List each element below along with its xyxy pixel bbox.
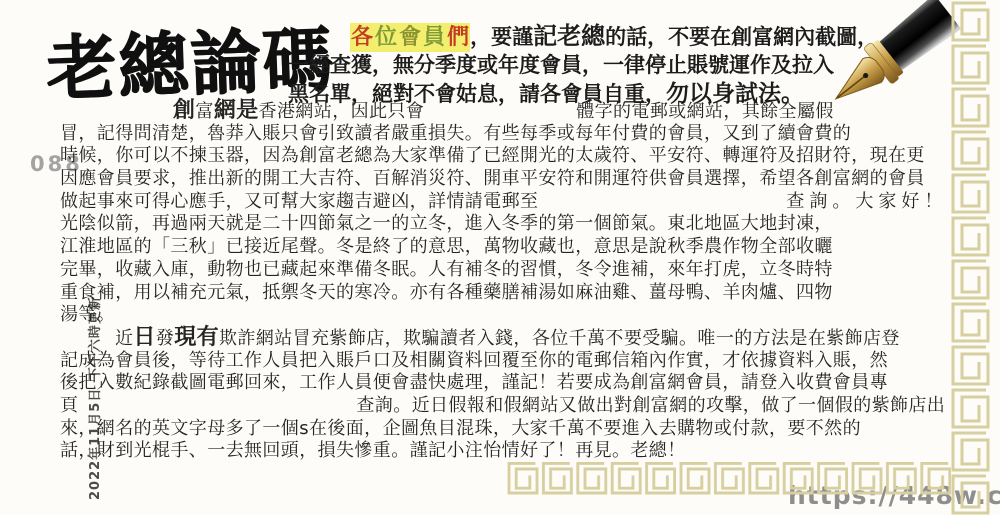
- emphasis-char: 現有: [174, 325, 219, 350]
- notice-text: 一經查獲，無分季度或年度會員，一律停止賬號運作及拉入: [288, 53, 834, 77]
- greek-key-border-bottom: [505, 461, 951, 496]
- text-segment: 欺詐網站冒充紫飾店，欺騙讀者入錢，各位千萬不要受騙。唯一的方法是在紫飾店登: [219, 328, 900, 349]
- body-line: 重食補，用以補充元氣，抵禦冬天的寒冷。亦有各種藥膳補湯如麻油雞、薑母鴨、羊肉爐、…: [60, 282, 960, 305]
- text-segment: 頁: [60, 395, 78, 416]
- text-segment: 時候，你可以不揀玉器，因為創富老總為大家準備了已經開光的太歲符、平安符、轉運符及…: [60, 145, 925, 166]
- text-segment: 重食補，用以補充元氣，抵禦冬天的寒冷。亦有各種藥膳補湯如麻油雞、薑母鴨、羊肉爐、…: [60, 282, 833, 303]
- body-line: 做起事來可得心應手，又可幫大家趨吉避凶，詳情請電郵至查詢。大家好！: [60, 191, 960, 214]
- highlight-char: 們: [446, 23, 470, 52]
- text-segment: 來，網名的英文字母多了一個s在後面，企圖魚目混珠，大家千萬不要進入去購物或付款，…: [60, 418, 861, 439]
- body-line: 近日發現有欺詐網站冒充紫飾店，欺騙讀者入錢，各位千萬不要受騙。唯一的方法是在紫飾…: [60, 327, 960, 350]
- text-segment: 話，財到光棍手、一去無回頭，損失慘重。謹記小注怡情好了！再見。老總！: [60, 440, 686, 461]
- text-segment: 記成為會員後，等待工作人員把入賬戶口及相關資料回覆至你的電郵信箱內作實，才依據資…: [60, 350, 888, 371]
- text-segment: 江淮地區的「三秋」已接近尾聲。冬是終了的意思，萬物收藏也，意思是說秋季農作物全部…: [60, 236, 833, 257]
- body-line: 頁查詢。近日假報和假網站又做出對創富網的攻擊，做了一個假的紫飾店出: [60, 395, 960, 418]
- text-segment: 光陰似箭，再過兩天就是二十四節氣之一的立冬，進入冬季的第一個節氣。東北地區大地封…: [60, 213, 833, 234]
- emphasis-char: 網是: [214, 98, 259, 123]
- redacted-gap: [538, 206, 786, 207]
- body-line: 完畢，收藏入庫，動物也已藏起來準備冬眠。人有補冬的習慣，冬令進補，來年打虎，立冬…: [60, 259, 960, 282]
- body-line: 來，網名的英文字母多了一個s在後面，企圖魚目混珠，大家千萬不要進入去購物或付款，…: [60, 418, 960, 441]
- text-segment: 香港網站，因此只會: [259, 101, 425, 122]
- text-segment: 近: [115, 328, 133, 349]
- flyer-page: 老總論碼 088 2022年11月5日_下午六時更新 https://448w.…: [0, 0, 1000, 515]
- body-line: 時候，你可以不揀玉器，因為創富老總為大家準備了已經開光的太歲符、平安符、轉運符及…: [60, 145, 960, 168]
- body-line: 江淮地區的「三秋」已接近尾聲。冬是終了的意思，萬物收藏也，意思是說秋季農作物全部…: [60, 236, 960, 259]
- text-segment: 查詢。大家好！: [786, 191, 947, 212]
- text-segment: 因應會員要求，推出新的開工大吉符、百解消災符、開車平安符和開運符供會員選擇，希望…: [60, 168, 925, 189]
- body-line: 記成為會員後，等待工作人員把入賬戶口及相關資料回覆至你的電郵信箱內作實，才依據資…: [60, 350, 960, 373]
- text-segment: 查詢。近日假報和假網站又做出對創富網的攻擊，做了一個假的紫飾店出: [356, 395, 945, 416]
- notice-emphasis: 老總: [557, 22, 605, 50]
- body-line: 話，財到光棍手、一去無回頭，損失慘重。謹記小注怡情好了！再見。老總！: [60, 440, 960, 463]
- highlight-char: 各: [350, 23, 374, 52]
- body-line: 後把入數紀錄截圖電郵回來，工作人員便會盡快處理，謹記！若要成為創富網會員，請登入…: [60, 372, 960, 395]
- fountain-pen-icon: [798, 0, 968, 130]
- text-segment: 做起事來可得心應手，又可幫大家趨吉避凶，詳情請電郵至: [60, 191, 538, 212]
- body-line: 因應會員要求，推出新的開工大吉符、百解消災符、開車平安符和開運符供會員選擇，希望…: [60, 168, 960, 191]
- text-segment: 體字的電郵或網站，其餘全屬假: [576, 101, 834, 122]
- text-segment: 發: [156, 328, 174, 349]
- emphasis-char: 日: [133, 325, 155, 350]
- emphasis-char: 創: [173, 98, 195, 123]
- text-segment: 完畢，收藏入庫，動物也已藏起來準備冬眠。人有補冬的習慣，冬令進補，來年打虎，立冬…: [60, 259, 833, 280]
- highlight-char: 會: [398, 23, 422, 52]
- notice-text: ，要謹: [470, 25, 533, 49]
- text-segment: 後把入數紀錄截圖電郵回來，工作人員便會盡快處理，謹記！若要成為創富網會員，請登入…: [60, 372, 888, 393]
- body-line: 光陰似箭，再過兩天就是二十四節氣之一的立冬，進入冬季的第一個節氣。東北地區大地封…: [60, 213, 960, 236]
- highlight-char: 位: [374, 23, 398, 52]
- greek-key-border-right: [948, 0, 994, 515]
- text-segment: 冒，記得問清楚，魯莽入賬只會引致讀者嚴重損失。有些每季或每年付費的會員，又到了續…: [60, 123, 851, 144]
- article-body: 創富網是香港網站，因此只會體字的電郵或網站，其餘全屬假 冒，記得問清楚，魯莽入賬…: [60, 100, 960, 463]
- notice-emphasis: 記: [533, 22, 557, 50]
- redacted-gap: [424, 116, 576, 117]
- text-segment: 湯等。: [60, 304, 115, 325]
- redacted-gap: [78, 410, 356, 411]
- body-line: 湯等。: [60, 304, 960, 327]
- highlight-char: 員: [422, 23, 446, 52]
- text-segment: 富: [195, 101, 213, 122]
